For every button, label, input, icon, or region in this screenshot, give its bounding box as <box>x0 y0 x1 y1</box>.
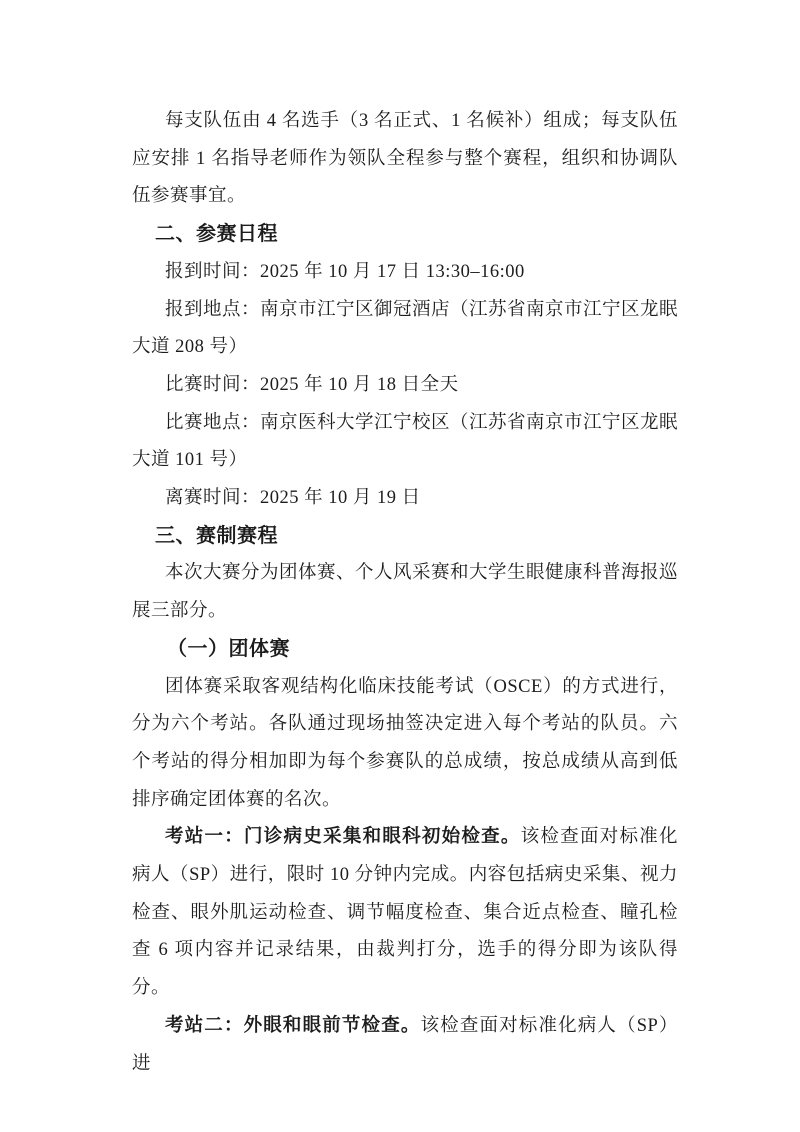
document-page: 每支队伍由 4 名选手（3 名正式、1 名候补）组成；每支队伍应安排 1 名指导… <box>0 0 800 1132</box>
station-lead: 考站二：外眼和眼前节检查。 <box>165 1016 421 1036</box>
heading-team-competition: （一）团体赛 <box>132 631 678 669</box>
para-competition-time: 比赛时间：2025 年 10 月 18 日全天 <box>132 367 678 405</box>
para-competition-parts: 本次大赛分为团体赛、个人风采赛和大学生眼健康科普海报巡展三部分。 <box>132 555 678 630</box>
para-departure-time: 离赛时间：2025 年 10 月 19 日 <box>132 480 678 518</box>
document-body: 每支队伍由 4 名选手（3 名正式、1 名候补）组成；每支队伍应安排 1 名指导… <box>132 103 678 1083</box>
para-station-2: 考站二：外眼和眼前节检查。该检查面对标准化病人（SP）进 <box>132 1008 678 1083</box>
heading-section-3-format: 三、赛制赛程 <box>132 518 678 556</box>
station-lead: 考站一：门诊病史采集和眼科初始检查。 <box>165 827 521 847</box>
para-checkin-time: 报到时间：2025 年 10 月 17 日 13:30–16:00 <box>132 254 678 292</box>
heading-section-2-schedule: 二、参赛日程 <box>132 216 678 254</box>
para-station-1: 考站一：门诊病史采集和眼科初始检查。该检查面对标准化病人（SP）进行，限时 10… <box>132 819 678 1008</box>
para-team-composition: 每支队伍由 4 名选手（3 名正式、1 名候补）组成；每支队伍应安排 1 名指导… <box>132 103 678 216</box>
para-team-format: 团体赛采取客观结构化临床技能考试（OSCE）的方式进行，分为六个考站。各队通过现… <box>132 669 678 820</box>
para-competition-place: 比赛地点：南京医科大学江宁校区（江苏省南京市江宁区龙眠大道 101 号） <box>132 405 678 480</box>
para-checkin-place: 报到地点：南京市江宁区御冠酒店（江苏省南京市江宁区龙眠大道 208 号） <box>132 292 678 367</box>
